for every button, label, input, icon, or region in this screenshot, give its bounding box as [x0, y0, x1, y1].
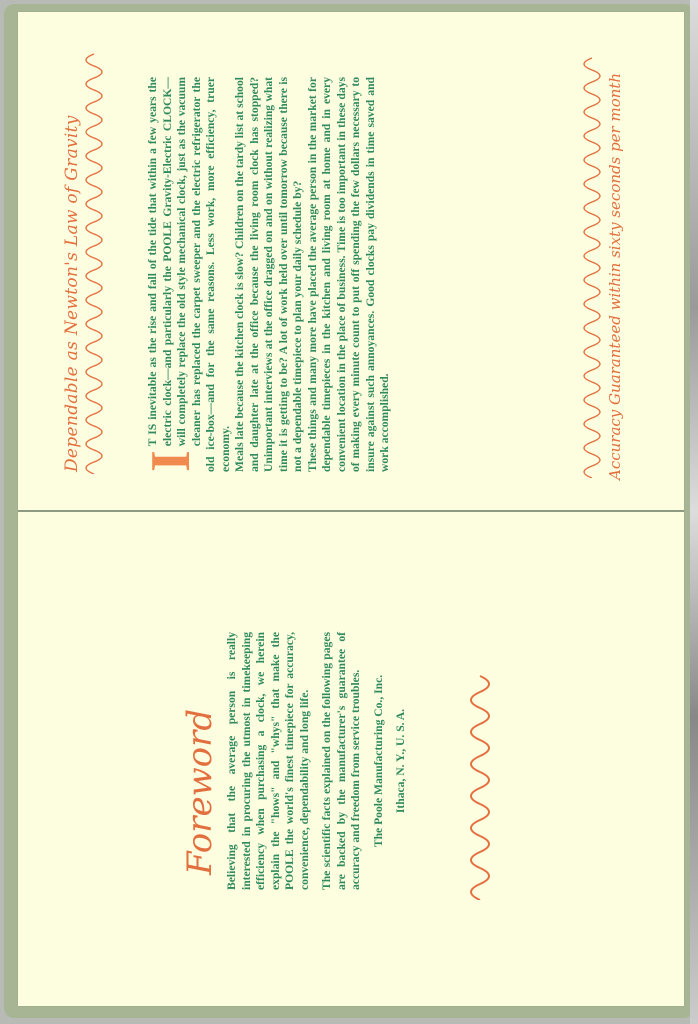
page-newtons-law: Dependable as Newton's Law of Gravity I … [40, 22, 680, 492]
foreword-paragraph: The scientific facts explained on the fo… [320, 632, 364, 890]
decorative-wave-icon [84, 44, 104, 474]
article-body: I T IS inevitable as the rise and fall o… [146, 77, 393, 472]
company-address: Ithaca, N. Y., U. S. A. [394, 632, 409, 890]
company-name: The Poole Manufacturing Co., Inc. [372, 632, 387, 890]
article-paragraph: Meals late because the kitchen clock is … [233, 77, 306, 472]
accuracy-guarantee: Accuracy Guaranteed within sixty seconds… [606, 73, 624, 480]
article-paragraph: These things and many more have placed t… [306, 77, 393, 472]
foreword-paragraph: Believing that the average person is rea… [225, 632, 312, 890]
scanner-edge [690, 0, 698, 1024]
page-headline: Dependable as Newton's Law of Gravity [62, 115, 82, 472]
article-paragraph: T IS inevitable as the rise and fall of … [146, 77, 233, 472]
page-foreword: Foreword Believing that the average pers… [40, 510, 680, 1000]
decorative-wave-icon [582, 48, 602, 478]
foreword-body: Believing that the average person is rea… [225, 632, 417, 890]
drop-cap: I [148, 450, 194, 472]
decorative-wave-icon [470, 660, 490, 900]
foreword-title: Foreword [180, 709, 220, 875]
